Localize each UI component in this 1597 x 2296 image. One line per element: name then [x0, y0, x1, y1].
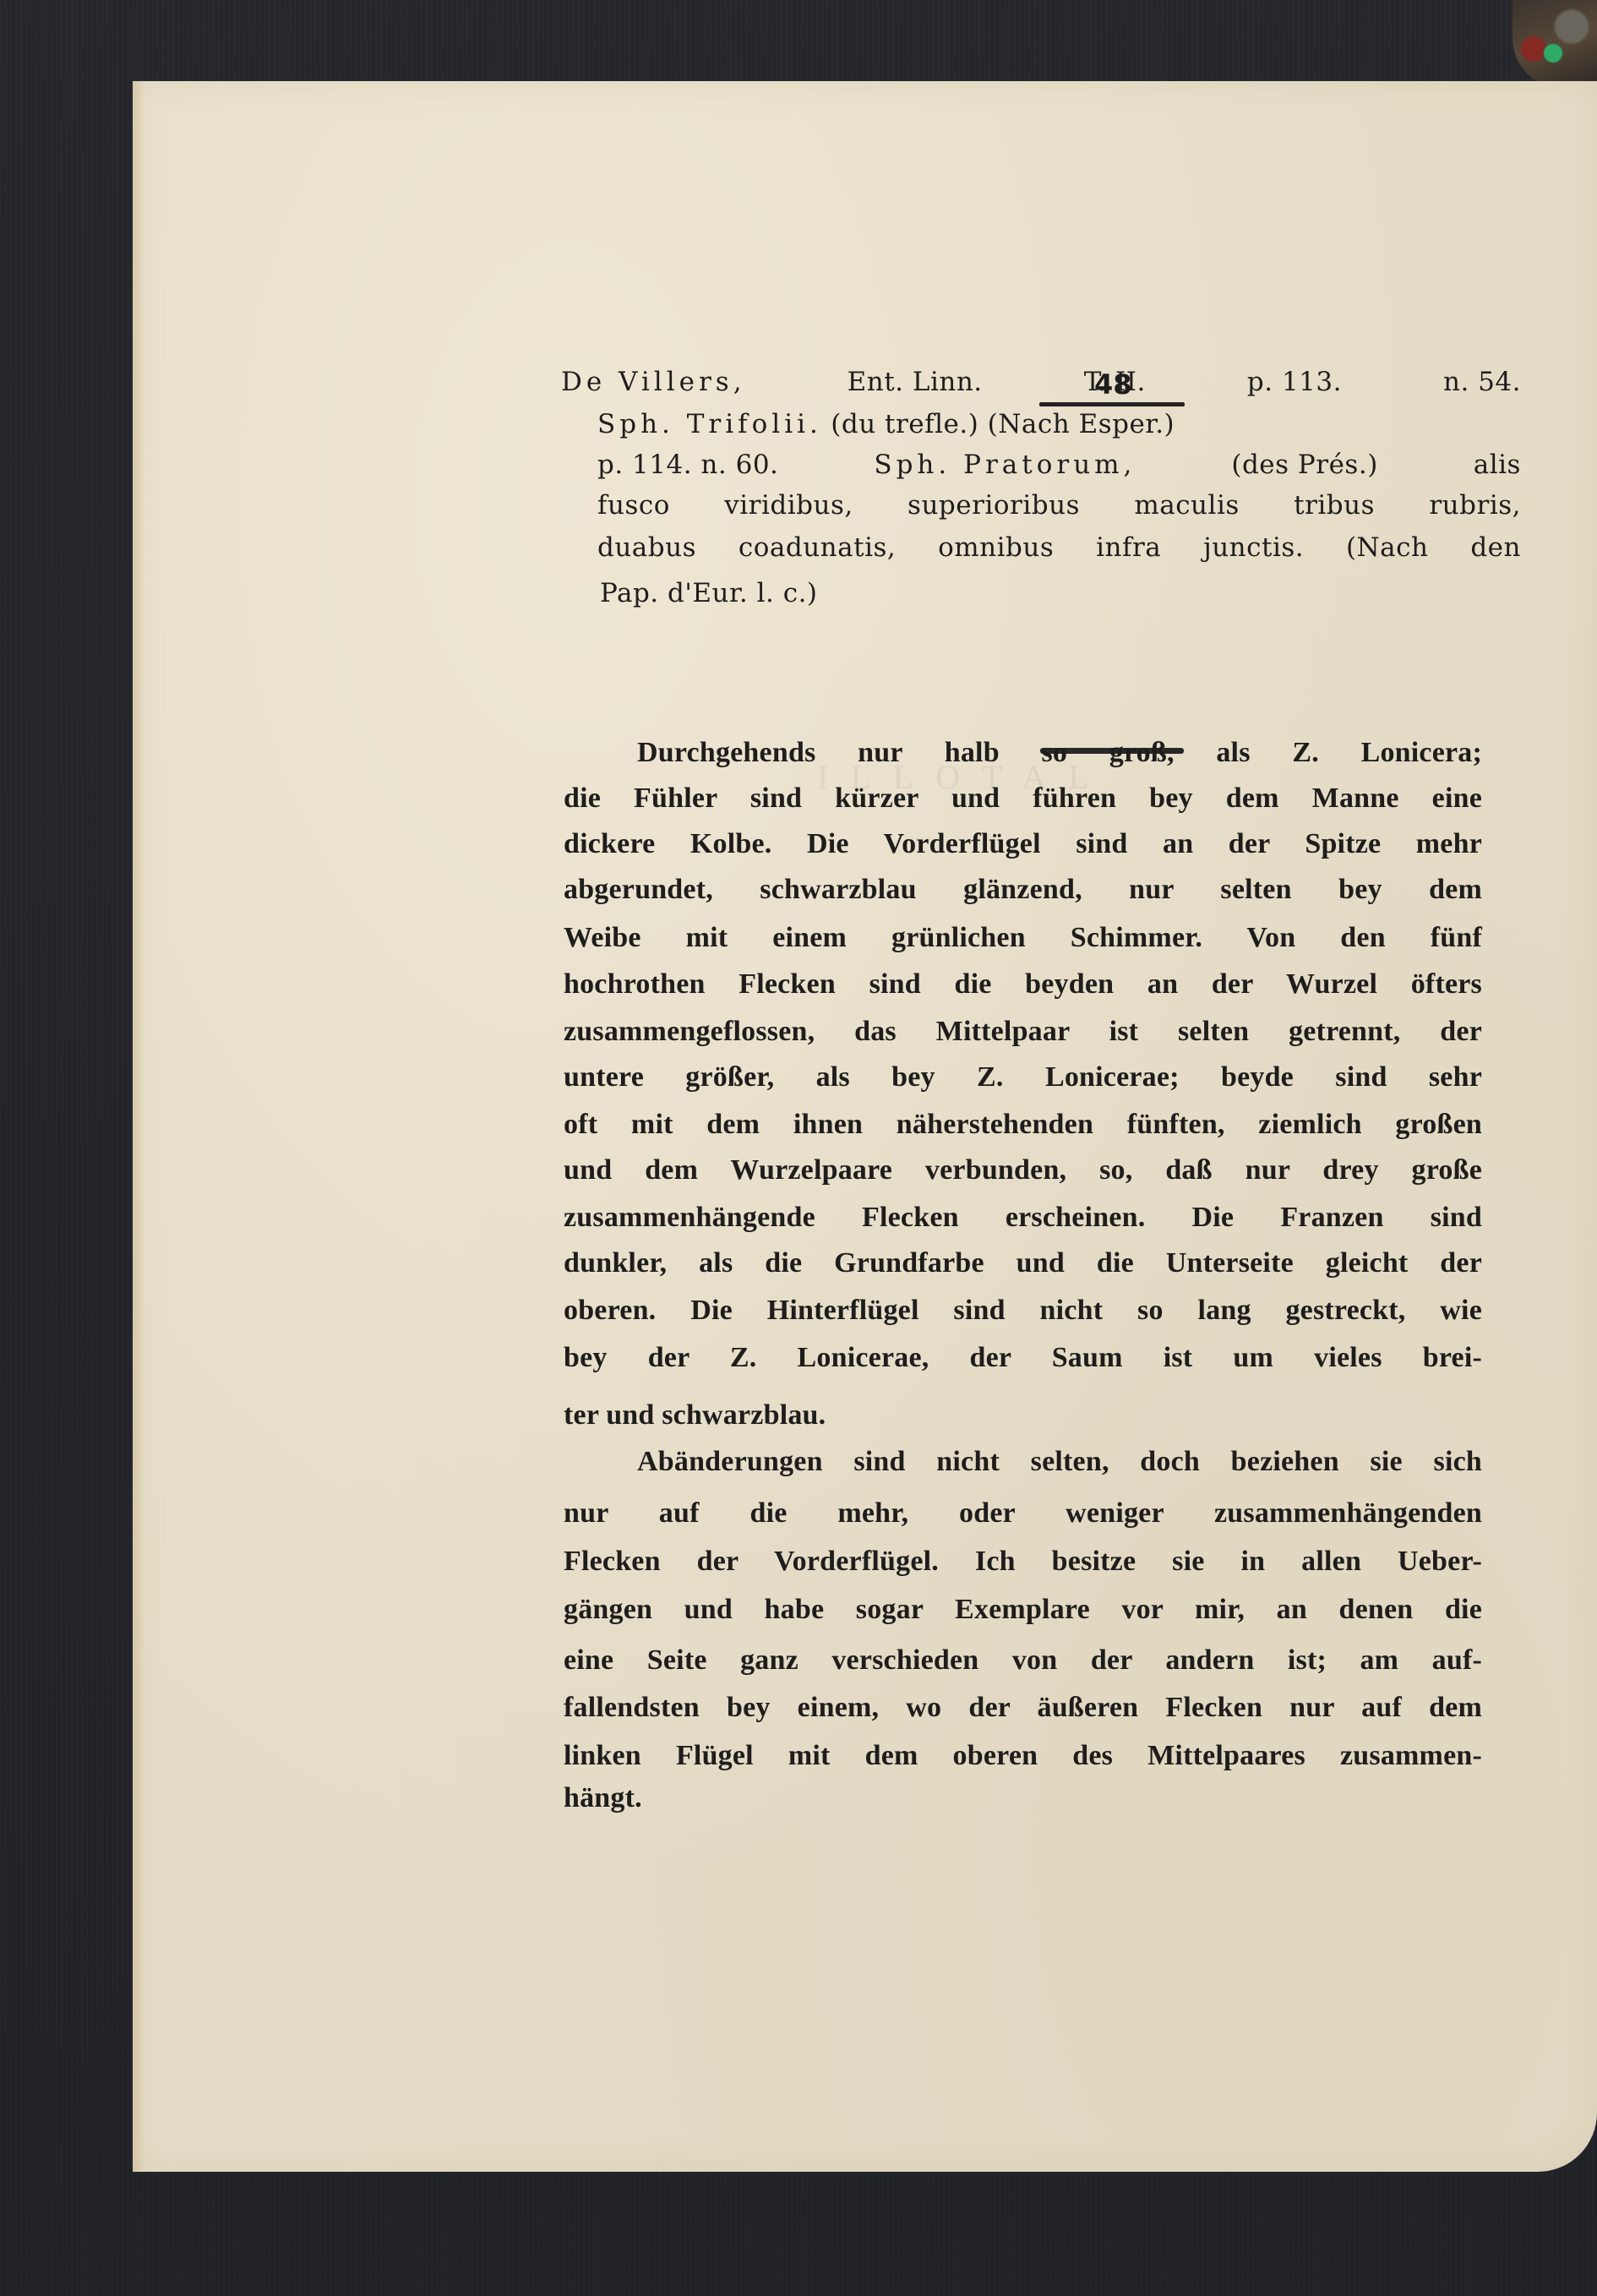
citation-volume: T. II. [1084, 369, 1146, 395]
paragraph-1-line: die Fühler sind kürzer und führen bey de… [564, 784, 1482, 813]
paragraph-2-line: gängen und habe sogar Exemplare vor mir,… [564, 1595, 1482, 1624]
paragraph-2-line: linken Flügel mit dem oberen des Mittelp… [564, 1742, 1482, 1770]
paragraph-1-line: zusammenhängende Flecken erscheinen. Die… [564, 1203, 1482, 1232]
citation-author: De Villers, [561, 369, 746, 395]
paragraph-1-line: hochrothen Flecken sind die beyden an de… [564, 970, 1482, 999]
paragraph-1-line: dickere Kolbe. Die Vorderflügel sind an … [564, 830, 1482, 859]
citation-line-5: duabus coadunatis, omnibus infra junctis… [597, 535, 1521, 561]
species-name: Sph. Trifolii. [597, 409, 822, 439]
paragraph-1-line: abgerundet, schwarzblau glänzend, nur se… [564, 875, 1482, 904]
citation-line-2: Sph. Trifolii. (du trefle.) (Nach Esper.… [597, 412, 1175, 438]
paragraph-1-line: oberen. Die Hinterflügel sind nicht so l… [564, 1296, 1482, 1325]
paragraph-1-line: und dem Wurzelpaare verbunden, so, daß n… [564, 1156, 1482, 1185]
book-page: 48 De Villers, Ent. Linn. T. II. p. 113.… [133, 81, 1597, 2172]
paragraph-1-line: zusammengeflossen, das Mittelpaar ist se… [564, 1017, 1482, 1046]
citation-number: n. 54. [1443, 369, 1521, 395]
citation-line-3: p. 114. n. 60. Sph. Pratorum, (des Prés.… [597, 452, 1521, 478]
citation-line-2-rest: (du trefle.) (Nach Esper.) [831, 409, 1175, 439]
citation-work: Ent. Linn. [848, 369, 983, 395]
paragraph-1-line: bey der Z. Lonicerae, der Saum ist um vi… [564, 1344, 1482, 1372]
paragraph-1-line: Weibe mit einem grünlichen Schimmer. Von… [564, 924, 1482, 952]
citation-line-4: fusco viridibus, superioribus maculis tr… [597, 493, 1521, 519]
page-number-rule [1039, 402, 1185, 406]
paragraph-2-line: Abänderungen sind nicht selten, doch bez… [637, 1448, 1482, 1476]
citation-line-6: Pap. d'Eur. l. c.) [600, 581, 818, 607]
paragraph-1-line: untere größer, als bey Z. Lonicerae; bey… [564, 1063, 1482, 1092]
french-name: (des Prés.) [1231, 452, 1377, 478]
citation-page: p. 113. [1247, 369, 1342, 395]
paragraph-1-line: dunkler, als die Grundfarbe und die Unte… [564, 1249, 1482, 1278]
paragraph-2-line: hängt. [564, 1784, 642, 1813]
paragraph-1-line: Durchgehends nur halb so groß, als Z. Lo… [637, 739, 1482, 767]
paragraph-2-line: fallendsten bey einem, wo der äußeren Fl… [564, 1693, 1482, 1722]
citation-page-ref: p. 114. n. 60. [597, 452, 778, 478]
citation-line-1: De Villers, Ent. Linn. T. II. p. 113. n.… [561, 369, 1521, 395]
paragraph-2-line: Flecken der Vorderflügel. Ich besitze si… [564, 1547, 1482, 1576]
word-alis: alis [1474, 452, 1521, 478]
paragraph-1-line: ter und schwarzblau. [564, 1401, 826, 1430]
paragraph-2-line: eine Seite ganz verschieden von der ande… [564, 1646, 1482, 1675]
paragraph-2-line: nur auf die mehr, oder weniger zusammenh… [564, 1499, 1482, 1528]
species-pratorum: Sph. Pratorum, [874, 452, 1136, 478]
paragraph-1-line: oft mit dem ihnen näherstehenden fünften… [564, 1110, 1482, 1139]
